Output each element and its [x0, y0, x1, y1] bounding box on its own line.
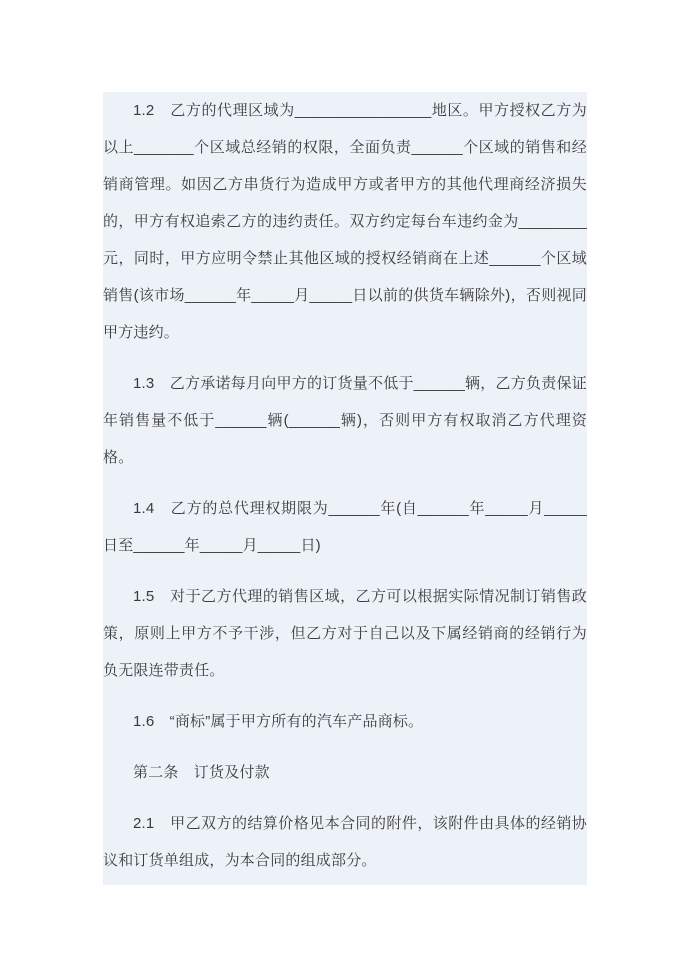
contract-document-panel: 1.2 乙方的代理区域为________________地区。甲方授权乙方为以上… — [103, 92, 587, 885]
clause-1-3-text: 1.3 乙方承诺每月向甲方的订货量不低于______辆，乙方负责保证年销售量不低… — [103, 365, 587, 476]
clause-1-2-text: 1.2 乙方的代理区域为________________地区。甲方授权乙方为以上… — [103, 92, 587, 351]
clause-1-5-text: 1.5 对于乙方代理的销售区域，乙方可以根据实际情况制订销售政策，原则上甲方不予… — [103, 578, 587, 689]
article-2-heading: 第二条 订货及付款 — [103, 754, 587, 791]
page-background: 1.2 乙方的代理区域为________________地区。甲方授权乙方为以上… — [0, 0, 690, 976]
clause-1-6-text: 1.6 “商标”属于甲方所有的汽车产品商标。 — [103, 703, 587, 740]
clause-2-1-text: 2.1 甲乙双方的结算价格见本合同的附件，该附件由具体的经销协议和订货单组成，为… — [103, 805, 587, 879]
clause-1-4-text: 1.4 乙方的总代理权期限为______年(自______年_____月____… — [103, 490, 587, 564]
